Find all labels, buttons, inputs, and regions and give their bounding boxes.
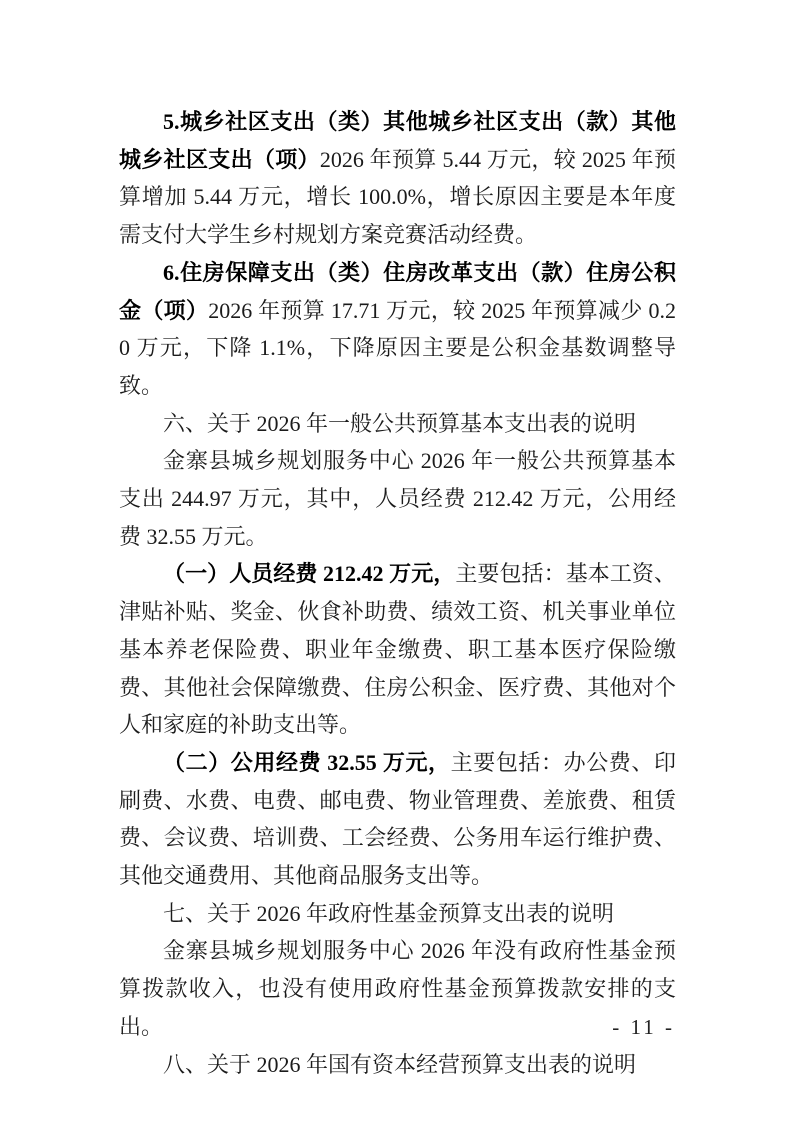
text-run: 金寨县城乡规划服务中心 2026 年没有政府性基金预算拨款收入，也没有使用政府性… (119, 938, 676, 1038)
text-run: 主要包括：基本工资、津贴补贴、奖金、伙食补助费、绩效工资、机关事业单位基本养老保… (119, 561, 676, 737)
text-run: 七、关于 2026 年政府性基金预算支出表的说明 (163, 901, 614, 926)
page: 5.城乡社区支出（类）其他城乡社区支出（款）其他城乡社区支出（项）2026 年预… (0, 0, 793, 1122)
bold-text-run: （一）人员经费 212.42 万元， (163, 561, 455, 586)
para-5-urban-rural-community-expenditure: 5.城乡社区支出（类）其他城乡社区支出（款）其他城乡社区支出（项）2026 年预… (119, 103, 676, 254)
text-run: 八、关于 2026 年国有资本经营预算支出表的说明 (163, 1052, 636, 1077)
text-run: 金寨县城乡规划服务中心 2026 年一般公共预算基本支出 244.97 万元，其… (119, 448, 676, 548)
heading-section-6-basic-expenditure: 六、关于 2026 年一般公共预算基本支出表的说明 (119, 405, 676, 443)
para-public-funds: （二）公用经费 32.55 万元，主要包括：办公费、印刷费、水费、电费、邮电费、… (119, 744, 676, 895)
page-number: - 11 - (612, 1014, 675, 1040)
text-run: 六、关于 2026 年一般公共预算基本支出表的说明 (163, 411, 636, 436)
para-govt-fund-budget: 金寨县城乡规划服务中心 2026 年没有政府性基金预算拨款收入，也没有使用政府性… (119, 932, 676, 1045)
heading-section-8-state-capital-budget: 八、关于 2026 年国有资本经营预算支出表的说明 (119, 1046, 676, 1084)
document-body: 5.城乡社区支出（类）其他城乡社区支出（款）其他城乡社区支出（项）2026 年预… (119, 103, 676, 1083)
document-page: { "page": { "page_number": "- 11 -", "pa… (0, 0, 793, 1122)
para-basic-expenditure-total: 金寨县城乡规划服务中心 2026 年一般公共预算基本支出 244.97 万元，其… (119, 442, 676, 555)
para-6-housing-security-expenditure: 6.住房保障支出（类）住房改革支出（款）住房公积金（项）2026 年预算 17.… (119, 254, 676, 405)
heading-section-7-govt-fund-budget: 七、关于 2026 年政府性基金预算支出表的说明 (119, 895, 676, 933)
para-personnel-funds: （一）人员经费 212.42 万元，主要包括：基本工资、津贴补贴、奖金、伙食补助… (119, 555, 676, 744)
bold-text-run: （二）公用经费 32.55 万元， (163, 750, 451, 775)
